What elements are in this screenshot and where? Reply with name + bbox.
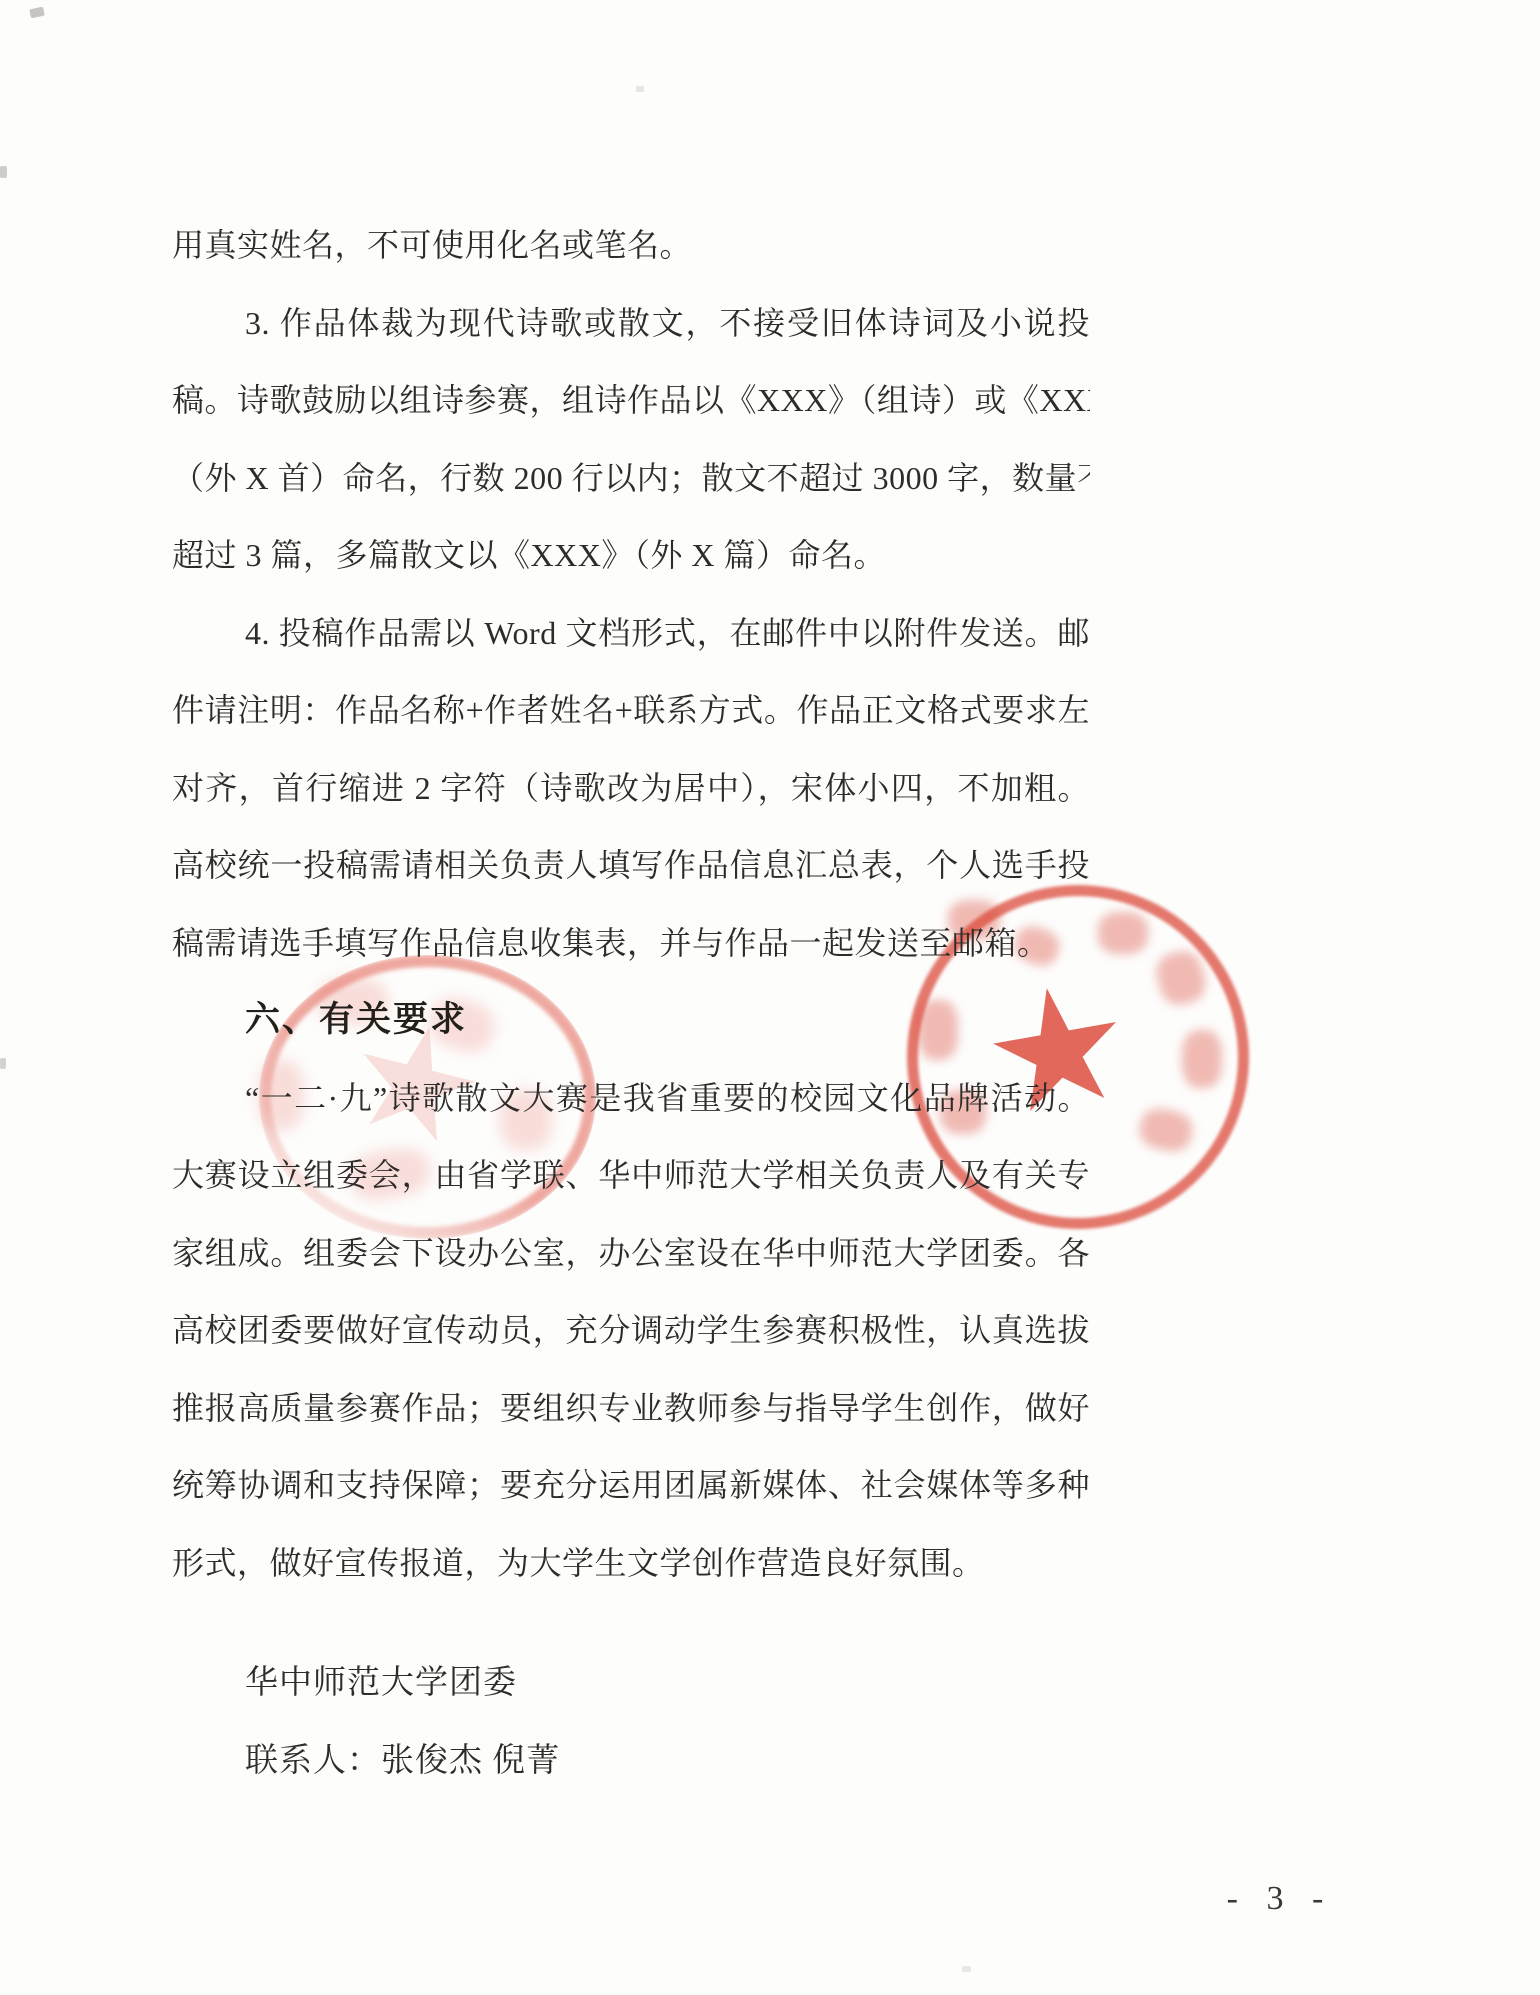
- body-line: 4. 投稿作品需以 Word 文档形式，在邮件中以附件发送。邮: [245, 610, 1090, 658]
- scan-artifact: [29, 7, 45, 19]
- body-line: “一二·九”诗歌散文大赛是我省重要的校园文化品牌活动。: [245, 1075, 1090, 1123]
- body-line: 高校统一投稿需请相关负责人填写作品信息汇总表，个人选手投: [172, 842, 1090, 890]
- seal-ink-blot: [1152, 947, 1210, 1009]
- seal-ink-blot: [1182, 1030, 1222, 1088]
- body-line: 用真实姓名，不可使用化名或笔名。: [172, 222, 1090, 270]
- signature-contact: 联系人：张俊杰 倪菁: [245, 1738, 560, 1784]
- body-line: 件请注明：作品名称+作者姓名+联系方式。作品正文格式要求左: [172, 687, 1090, 735]
- body-line: 稿。诗歌鼓励以组诗参赛，组诗作品以《XXX》（组诗）或《XXX》: [172, 377, 1090, 425]
- seal-ink-blot: [1136, 1105, 1195, 1155]
- scan-artifact: [962, 1966, 971, 1972]
- signature-org: 华中师范大学团委: [245, 1660, 517, 1706]
- seal-ink-blot: [1098, 912, 1148, 954]
- scan-artifact: [0, 1058, 6, 1069]
- body-line: 大赛设立组委会，由省学联、华中师范大学相关负责人及有关专: [172, 1152, 1090, 1200]
- scan-artifact: [636, 86, 644, 92]
- body-line: （外 X 首）命名，行数 200 行以内；散文不超过 3000 字，数量不: [172, 455, 1090, 503]
- document-page: 用真实姓名，不可使用化名或笔名。 3. 作品体裁为现代诗歌或散文，不接受旧体诗词…: [0, 0, 1540, 1995]
- body-line: 推报高质量参赛作品；要组织专业教师参与指导学生创作，做好: [172, 1385, 1090, 1433]
- body-line: 对齐，首行缩进 2 字符（诗歌改为居中），宋体小四，不加粗。: [172, 765, 1090, 813]
- body-line: 统筹协调和支持保障；要充分运用团属新媒体、社会媒体等多种: [172, 1462, 1090, 1510]
- body-line: 超过 3 篇，多篇散文以《XXX》（外 X 篇）命名。: [172, 532, 1090, 580]
- section-heading: 六、有关要求: [245, 997, 1090, 1043]
- body-line: 高校团委要做好宣传动员，充分调动学生参赛积极性，认真选拔: [172, 1307, 1090, 1355]
- body-line: 稿需请选手填写作品信息收集表，并与作品一起发送至邮箱。: [172, 920, 1090, 968]
- page-number: - 3 -: [1195, 1880, 1365, 1918]
- scan-artifact: [0, 166, 7, 178]
- body-line: 家组成。组委会下设办公室，办公室设在华中师范大学团委。各: [172, 1230, 1090, 1278]
- body-line: 形式，做好宣传报道，为大学生文学创作营造良好氛围。: [172, 1540, 1090, 1588]
- body-line: 3. 作品体裁为现代诗歌或散文，不接受旧体诗词及小说投: [245, 300, 1090, 348]
